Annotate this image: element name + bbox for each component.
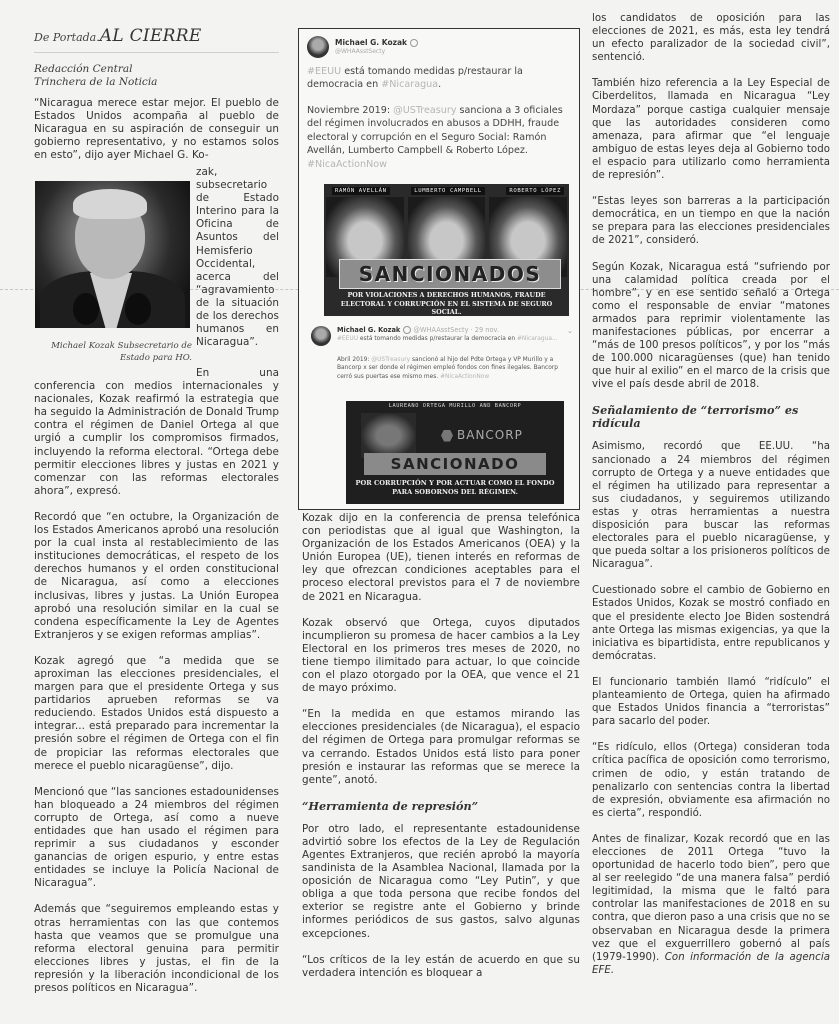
- wrap-paragraph: zak, subsecretario de Estado Interino pa…: [196, 166, 279, 349]
- photo-caption: Michael Kozak Subsecretario de Estado pa…: [35, 340, 192, 364]
- article-paragraph: “En la medida en que estamos mirando las…: [302, 708, 580, 787]
- article-paragraph: También hizo referencia a la Ley Especia…: [592, 77, 830, 182]
- name-label: LUMBERTO CAMPBELL: [411, 187, 484, 195]
- banner-headline: SANCIONADOS: [339, 259, 561, 289]
- banner-subtitle: POR CORRUPCIÓN Y POR ACTUAR COMO EL FOND…: [346, 479, 564, 497]
- tweet-text: Abril 2019:: [337, 357, 371, 363]
- quoted-tweet-author: Michael G. Kozak @WHAAsstSecty · 29 nov.: [337, 326, 499, 334]
- banner-name-labels: RAMÓN AVELLÁN LUMBERTO CAMPBELL ROBERTO …: [332, 187, 564, 195]
- tweet-embed: Michael G. Kozak @WHAAsstSecty #EEUU est…: [298, 28, 580, 510]
- verified-badge-icon: [403, 326, 411, 334]
- closing-text: Antes de finalizar, Kozak recordó que en…: [592, 834, 830, 963]
- wrap-text-block: zak, subsecretario de Estado Interino pa…: [196, 166, 279, 349]
- sanctions-banner-1: RAMÓN AVELLÁN LUMBERTO CAMPBELL ROBERTO …: [324, 184, 569, 316]
- name-label: RAMÓN AVELLÁN: [332, 187, 390, 195]
- hashtag: #EEUU: [337, 336, 358, 342]
- kozak-photo: [35, 181, 190, 328]
- article-paragraph: Por otro lado, el representante estadoun…: [302, 823, 580, 941]
- article-paragraph: Kozak observó que Ortega, cuyos diputado…: [302, 617, 580, 696]
- portrait: [361, 413, 416, 458]
- byline: Redacción Central Trinchera de la Notici…: [34, 63, 279, 88]
- microphone-icon: [73, 293, 99, 325]
- avatar: [307, 36, 329, 58]
- article-paragraph: Kozak dijo en la conferencia de prensa t…: [302, 512, 580, 604]
- article-paragraph: Según Kozak, Nicaragua está “sufriendo p…: [592, 261, 830, 392]
- microphone-icon: [125, 293, 151, 325]
- article-paragraph: Cuestionado sobre el cambio de Gobierno …: [592, 584, 830, 663]
- hexagon-logo-icon: [441, 430, 453, 442]
- lead-paragraph: “Nicaragua merece estar mejor. El pueblo…: [34, 97, 279, 162]
- hashtag: #Nicaragua...: [517, 336, 558, 342]
- banner-subtitle: POR VIOLACIONES A DERECHOS HUMANOS, FRAU…: [326, 291, 567, 316]
- subheading: Señalamiento de “terrorismo” es ridícula: [592, 404, 830, 430]
- article-paragraph: Asimismo, recordó que EE.UU. “ha sancion…: [592, 440, 830, 571]
- column3-body: los candidatos de oposición para las ele…: [592, 12, 830, 990]
- quoted-tweet-text-2: Abril 2019: @USTreasury sancionó al hijo…: [337, 356, 572, 381]
- article-paragraph: los candidatos de oposición para las ele…: [592, 12, 830, 64]
- article-paragraph: El funcionario también llamó “ridículo” …: [592, 676, 830, 728]
- hashtag: #Nicaragua: [381, 79, 438, 90]
- article-paragraph: Recordó que “en octubre, la Organización…: [34, 511, 279, 642]
- sanctions-banner-2: LAUREANO ORTEGA MURILLO AND BANCORP BANC…: [346, 401, 564, 504]
- name-label: ROBERTO LÓPEZ: [506, 187, 564, 195]
- mention: @USTreasury: [393, 105, 456, 116]
- article-paragraph: En una conferencia con medios internacio…: [34, 367, 279, 498]
- banner-headline: SANCIONADO: [364, 453, 546, 475]
- bancorp-logo: BANCORP: [441, 428, 523, 442]
- article-paragraph: “Estas leyes son barreras a la participa…: [592, 195, 830, 247]
- column1-body: En una conferencia con medios internacio…: [34, 367, 279, 1008]
- tweet-handle: @WHAAsstSecty: [335, 48, 385, 55]
- article-paragraph: Además que “seguiremos empleando estas y…: [34, 903, 279, 995]
- logo-text: BANCORP: [457, 428, 523, 442]
- quoted-author-name: Michael G. Kozak: [337, 326, 400, 334]
- quoted-handle-date: @WHAAsstSecty · 29 nov.: [413, 326, 499, 334]
- article-paragraph: “Los críticos de la ley están de acuerdo…: [302, 954, 580, 980]
- verified-badge-icon: [410, 39, 418, 47]
- photo-hair: [73, 189, 147, 219]
- banner-name-label: LAUREANO ORTEGA MURILLO AND BANCORP: [346, 403, 564, 409]
- section-kicker: De Portada.: [34, 31, 100, 44]
- chevron-down-icon: ⌄: [567, 327, 573, 335]
- tweet-author: Michael G. Kozak: [335, 38, 418, 47]
- hashtag: #NicaActionNow: [440, 374, 489, 380]
- byline-outlet: Trinchera de la Noticia: [34, 76, 279, 89]
- tweet-text: .: [438, 79, 441, 90]
- quoted-tweet-text-1: #EEUU está tomando medidas p/restaurar l…: [337, 335, 572, 343]
- tweet-text: está tomando medidas p/restaurar la demo…: [358, 336, 517, 342]
- tweet-text-2: Noviembre 2019: @USTreasury sanciona a 3…: [307, 104, 569, 171]
- tweet-text: Noviembre 2019:: [307, 105, 393, 116]
- avatar: [311, 326, 331, 346]
- byline-author: Redacción Central: [34, 63, 279, 76]
- section-title: AL CIERRE: [100, 26, 202, 46]
- tweet-text-1: #EEUU está tomando medidas p/restaurar l…: [307, 65, 569, 92]
- mention: @USTreasury: [371, 357, 410, 363]
- lead-paragraph-block: “Nicaragua merece estar mejor. El pueblo…: [34, 97, 279, 175]
- article-paragraph: Mencionó que “las sanciones estadouniden…: [34, 786, 279, 891]
- hashtag: #EEUU: [307, 66, 341, 77]
- column2-body: Kozak dijo en la conferencia de prensa t…: [302, 512, 580, 993]
- hashtag: #NicaActionNow: [307, 159, 387, 170]
- article-paragraph: Kozak agregó que “a medida que se aproxi…: [34, 655, 279, 773]
- tweet-author-name: Michael G. Kozak: [335, 38, 407, 47]
- closing-paragraph: Antes de finalizar, Kozak recordó que en…: [592, 833, 830, 977]
- subheading: “Herramienta de represión”: [302, 800, 580, 813]
- section-header: De Portada.AL CIERRE: [34, 26, 279, 53]
- article-paragraph: “Es ridículo, ellos (Ortega) consideran …: [592, 741, 830, 820]
